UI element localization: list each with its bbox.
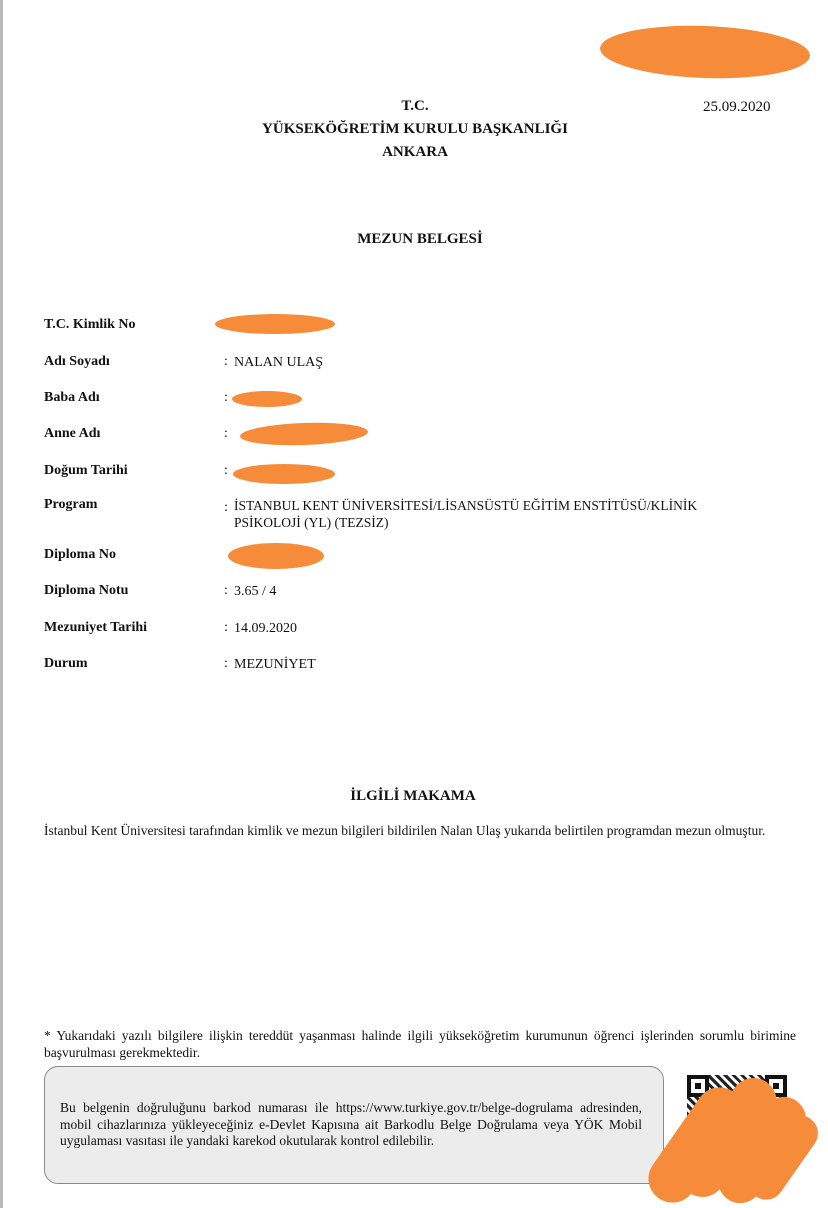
field-label: Doğum Tarihi bbox=[44, 463, 214, 479]
redaction-anne-adi bbox=[240, 421, 369, 447]
field-colon: : bbox=[224, 354, 228, 370]
verification-text: Bu belgenin doğruluğunu barkod numarası … bbox=[60, 1100, 642, 1150]
footnote: * Yukarıdaki yazılı bilgilere ilişkin te… bbox=[44, 1027, 796, 1061]
field-colon: : bbox=[224, 583, 228, 599]
field-label: T.C. Kimlik No bbox=[44, 317, 214, 333]
header-line-city: ANKARA bbox=[230, 141, 600, 164]
page-edge bbox=[0, 0, 3, 1208]
redaction-tc-kimlik bbox=[215, 314, 335, 334]
field-value: İSTANBUL KENT ÜNİVERSİTESİ/LİSANSÜSTÜ EĞ… bbox=[234, 497, 794, 531]
field-colon: : bbox=[224, 620, 228, 636]
field-label: Diploma No bbox=[44, 547, 214, 563]
field-label: Diploma Notu bbox=[44, 583, 214, 599]
field-label: Program bbox=[44, 497, 214, 513]
document-date: 25.09.2020 bbox=[703, 99, 771, 116]
document-title: MEZUN BELGESİ bbox=[300, 231, 540, 248]
header-line-yok: YÜKSEKÖĞRETİM KURULU BAŞKANLIĞI bbox=[230, 118, 600, 141]
field-value: 3.65 / 4 bbox=[234, 583, 794, 600]
field-value: NALAN ULAŞ bbox=[234, 354, 794, 371]
section-heading-ilgili-makama: İLGİLİ MAKAMA bbox=[300, 788, 526, 805]
program-line-2: PSİKOLOJİ (YL) (TEZSİZ) bbox=[234, 514, 794, 531]
issuer-header: T.C. YÜKSEKÖĞRETİM KURULU BAŞKANLIĞI ANK… bbox=[230, 95, 600, 164]
field-colon: : bbox=[224, 390, 228, 406]
field-label: Anne Adı bbox=[44, 426, 214, 442]
certification-paragraph: İstanbul Kent Üniversitesi tarafından ki… bbox=[44, 822, 794, 839]
field-colon: : bbox=[224, 500, 228, 516]
header-line-tc: T.C. bbox=[230, 95, 600, 118]
field-label: Baba Adı bbox=[44, 390, 214, 406]
field-label: Mezuniyet Tarihi bbox=[44, 620, 214, 636]
field-label: Durum bbox=[44, 656, 214, 672]
field-value: 14.09.2020 bbox=[234, 620, 794, 637]
field-value: MEZUNİYET bbox=[234, 656, 794, 673]
program-line-1: İSTANBUL KENT ÜNİVERSİTESİ/LİSANSÜSTÜ EĞ… bbox=[234, 497, 794, 514]
redaction-baba-adi bbox=[232, 391, 302, 407]
field-colon: : bbox=[224, 463, 228, 479]
field-colon: : bbox=[224, 656, 228, 672]
field-colon: : bbox=[224, 426, 228, 442]
field-label: Adı Soyadı bbox=[44, 354, 214, 370]
redaction-diploma-no bbox=[228, 543, 324, 569]
redaction-top-right bbox=[599, 22, 811, 81]
verification-box: Bu belgenin doğruluğunu barkod numarası … bbox=[44, 1066, 664, 1184]
redaction-dogum-tarihi bbox=[233, 464, 335, 484]
